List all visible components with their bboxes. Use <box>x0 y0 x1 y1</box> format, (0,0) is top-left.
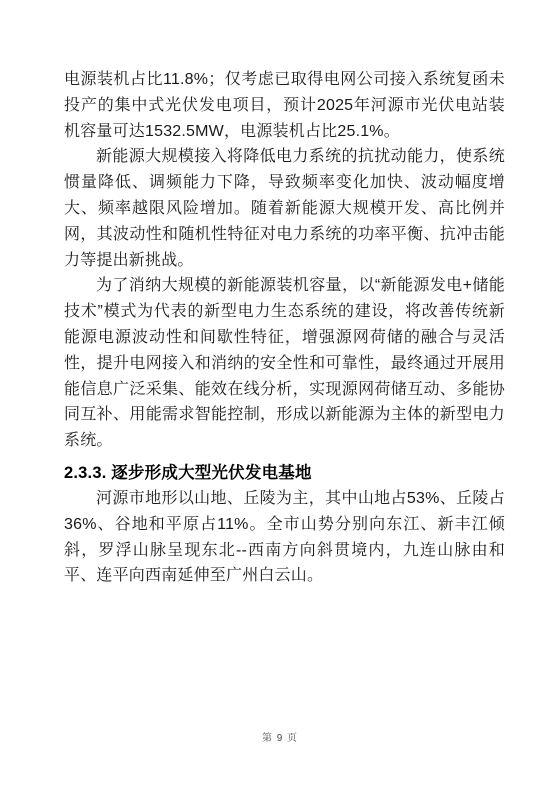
body-paragraph-4: 河源市地形以山地、丘陵为主，其中山地占53%、丘陵占36%、谷地和平原占11%。… <box>64 486 505 589</box>
body-paragraph-3: 为了消纳大规模的新能源装机容量，以“新能源发电+储能技术”模式为代表的新型电力生… <box>64 273 505 454</box>
document-body: 电源装机占比11.8%；仅考虑已取得电网公司接入系统复函未投产的集中式光伏发电项… <box>64 67 505 589</box>
section-heading-2-3-3: 2.3.3. 逐步形成大型光伏发电基地 <box>64 460 505 486</box>
document-page: 电源装机占比11.8%；仅考虑已取得电网公司接入系统复函未投产的集中式光伏发电项… <box>0 0 560 792</box>
body-paragraph-1: 电源装机占比11.8%；仅考虑已取得电网公司接入系统复函未投产的集中式光伏发电项… <box>64 67 505 144</box>
page-number-footer: 第 9 页 <box>0 729 560 744</box>
body-paragraph-2: 新能源大规模接入将降低电力系统的抗扰动能力，使系统惯量降低、调频能力下降，导致频… <box>64 144 505 273</box>
